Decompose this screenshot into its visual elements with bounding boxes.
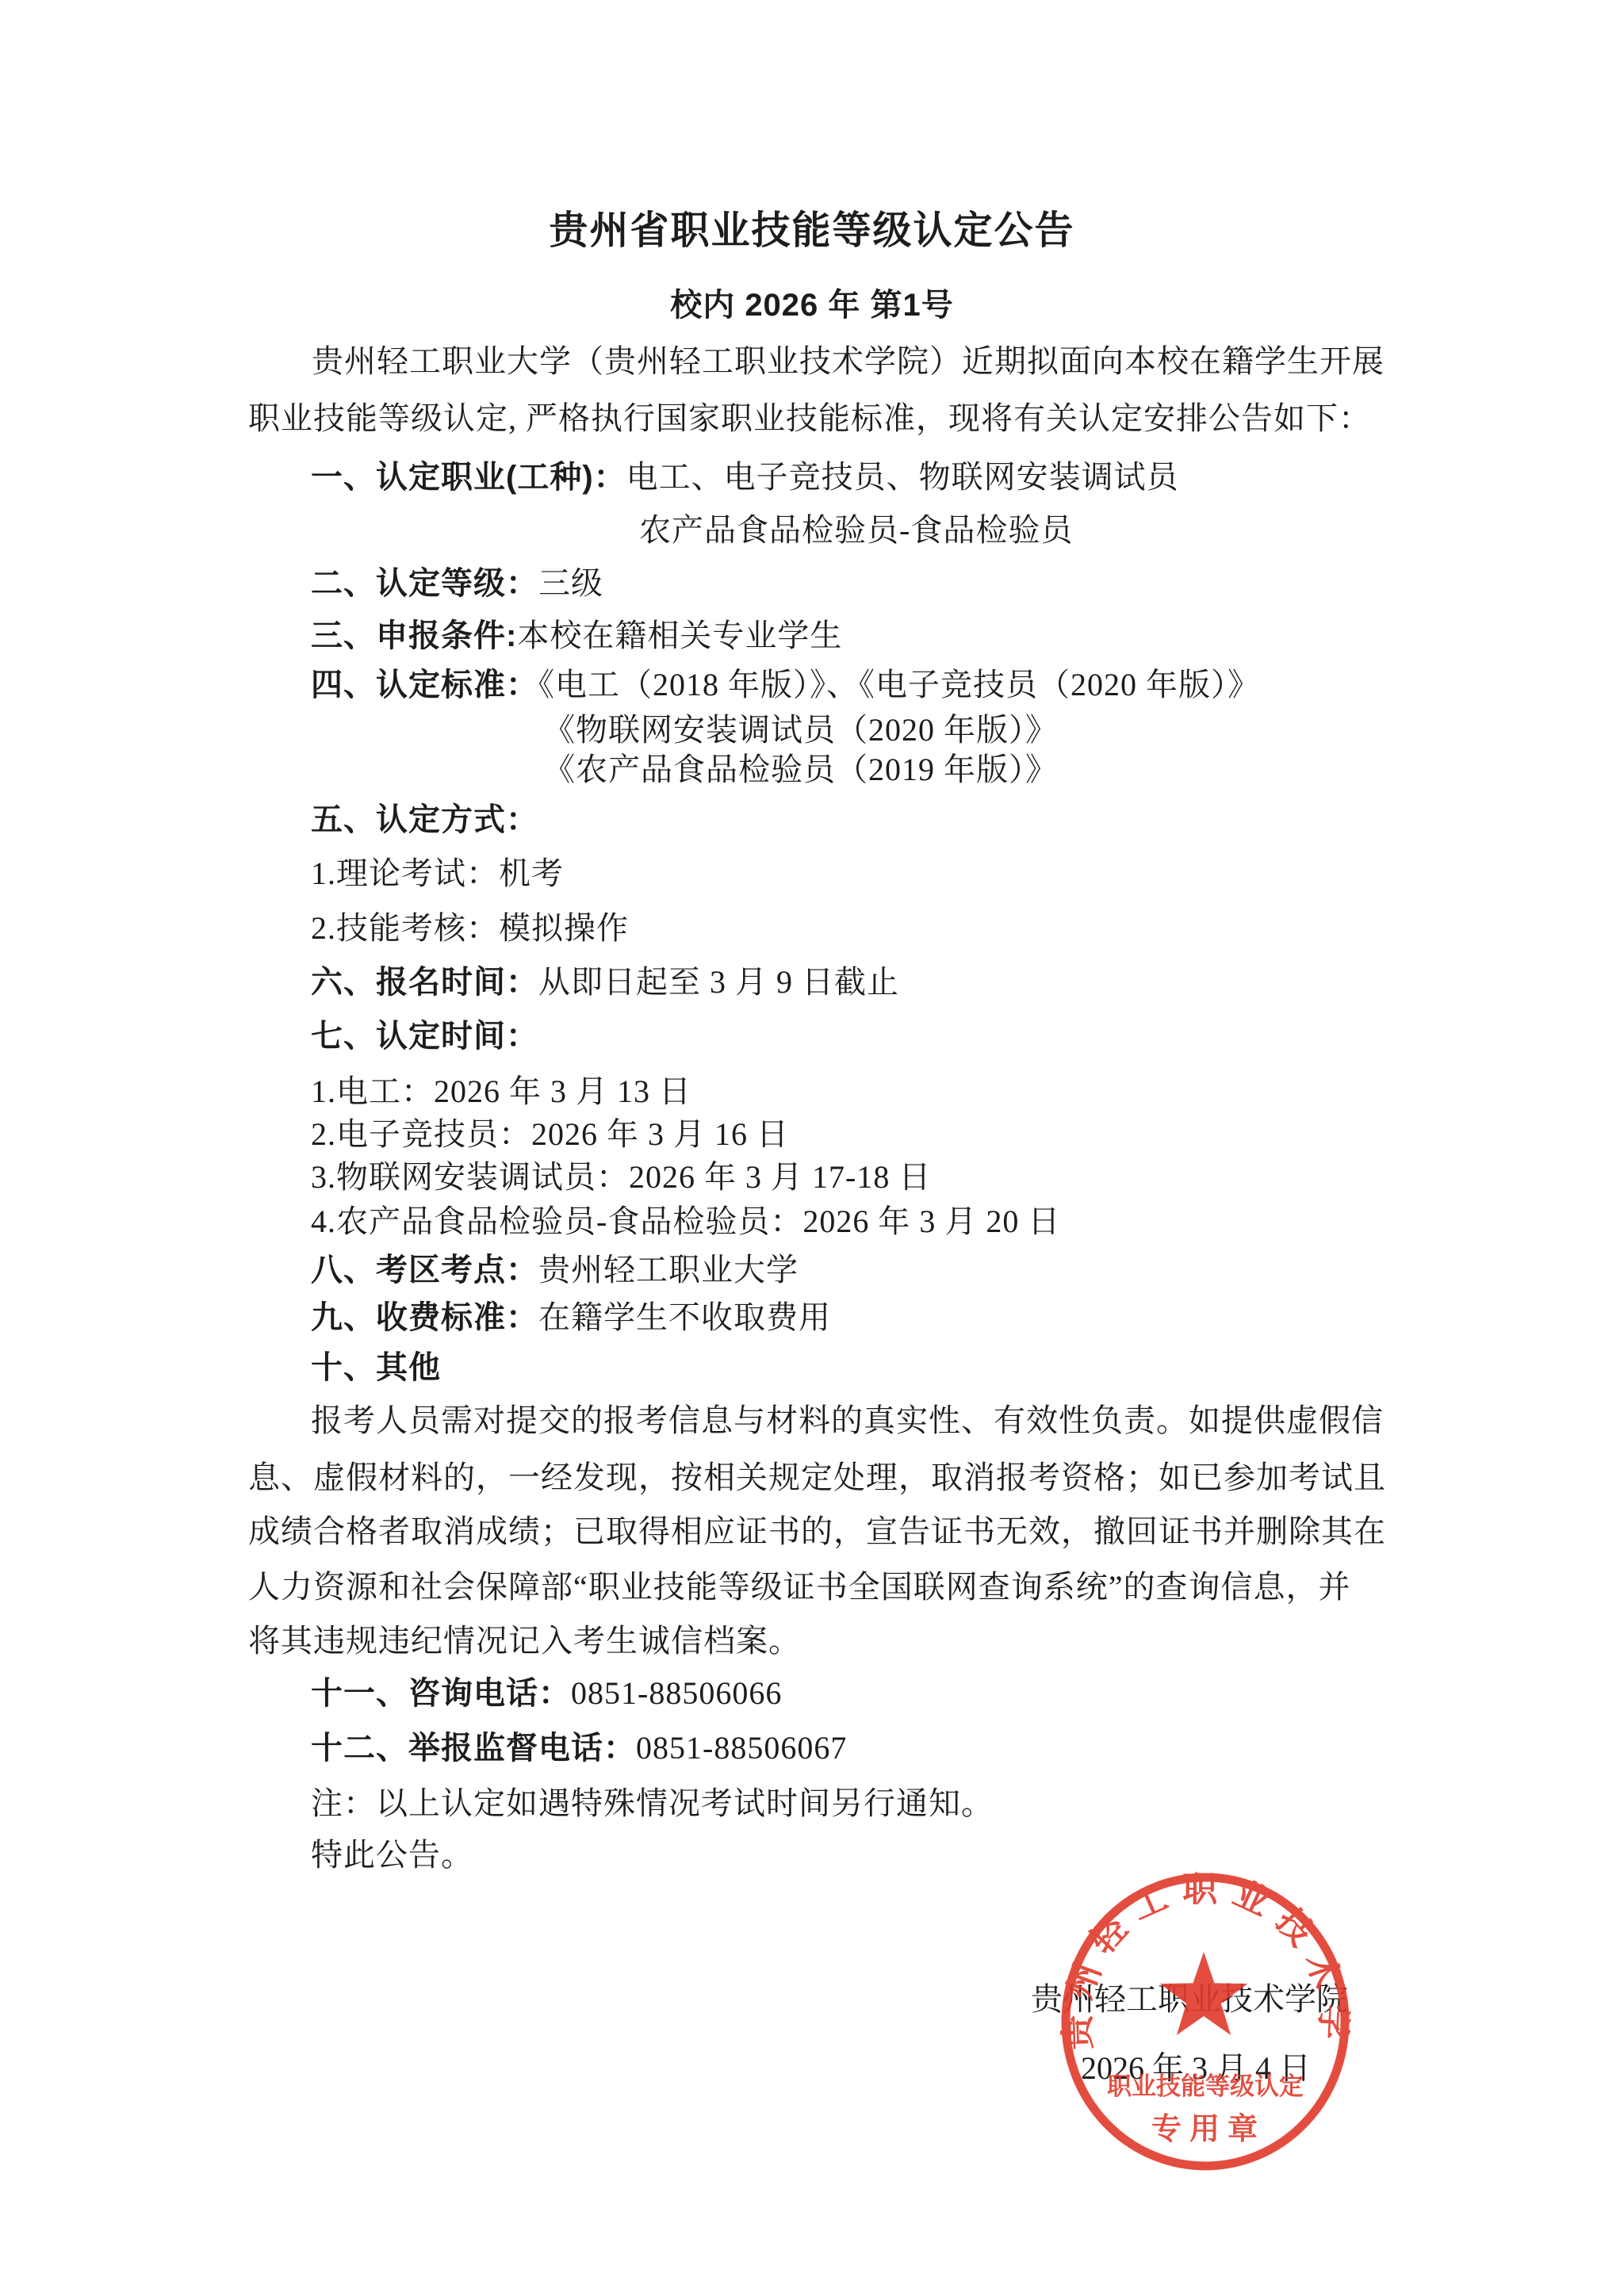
announcement-page: 贵州省职业技能等级认定公告 校内 2026 年 第1号 贵州轻工职业大学（贵州轻…: [0, 0, 1624, 2296]
section-conditions: 三、申报条件:本校在籍相关专业学生: [311, 617, 842, 655]
star-icon: [1160, 1952, 1247, 2035]
section-schedule: 七、认定时间：: [311, 1017, 538, 1055]
section-label: 十、其他: [311, 1350, 441, 1385]
section-label: 九、收费标准：: [311, 1300, 538, 1335]
section-label: 二、认定等级：: [311, 566, 538, 601]
section-content: 从即日起至 3 月 9 日截止: [538, 964, 899, 1000]
section-venue: 八、考区考点：贵州轻工职业大学: [311, 1251, 799, 1289]
section-occupation-extra: 农产品食品检验员-食品检验员: [639, 511, 1073, 549]
section-label: 七、认定时间：: [311, 1019, 538, 1054]
section-report-phone: 十二、举报监督电话：0851-88506067: [311, 1729, 847, 1767]
phone-number: 0851-88506067: [636, 1730, 847, 1766]
section-label: 五、认定方式：: [311, 802, 538, 837]
section-content: 本校在籍相关专业学生: [517, 618, 842, 653]
section-content: 三级: [538, 565, 603, 601]
section-label: 八、考区考点：: [311, 1253, 538, 1288]
issue-number: 校内 2026 年 第1号: [0, 285, 1624, 325]
other-paragraph-line: 人力资源和社会保障部“职业技能等级证书全国联网查询系统”的查询信息，并: [248, 1568, 1351, 1606]
section-other: 十、其他: [311, 1349, 441, 1387]
section-standards-extra: 《农产品食品检验员（2019 年版）》: [543, 751, 1058, 789]
section-content: 贵州轻工职业大学: [538, 1252, 799, 1288]
other-paragraph-line: 息、虚假材料的，一经发现，按相关规定处理，取消报考资格；如已参加考试且: [248, 1459, 1386, 1497]
schedule-item: 3.物联网安装调试员：2026 年 3 月 17-18 日: [311, 1158, 931, 1196]
section-content: 在籍学生不收取费用: [538, 1299, 831, 1335]
section-content: 电工、电子竞技员、物联网安装调试员: [626, 459, 1179, 495]
section-occupation: 一、认定职业(工种)：电工、电子竞技员、物联网安装调试员: [311, 458, 1179, 496]
seal-line2: 专用章: [1151, 2112, 1266, 2146]
other-paragraph-line: 成绩合格者取消成绩；已取得相应证书的，宣告证书无效，撤回证书并删除其在: [248, 1513, 1386, 1551]
seal-line1: 职业技能等级认定: [1107, 2072, 1304, 2100]
section-standards: 四、认定标准：《电工（2018 年版）》、《电子竞技员（2020 年版）》: [311, 666, 1260, 704]
section-phone: 十一、咨询电话：0851-88506066: [311, 1674, 782, 1712]
other-paragraph-line: 将其违规违纪情况记入考生诚信档案。: [248, 1622, 801, 1660]
section-label: 一、认定职业(工种)：: [311, 460, 626, 495]
section-label: 三、申报条件:: [311, 618, 517, 653]
schedule-item: 1.电工：2026 年 3 月 13 日: [311, 1073, 691, 1111]
section-label: 六、报名时间：: [311, 965, 538, 1000]
method-item: 2.技能考核：模拟操作: [311, 909, 629, 947]
section-fees: 九、收费标准：在籍学生不收取费用: [311, 1299, 831, 1337]
other-paragraph-line: 报考人员需对提交的报考信息与材料的真实性、有效性负责。如提供虚假信: [311, 1402, 1384, 1440]
document-title: 贵州省职业技能等级认定公告: [0, 208, 1624, 254]
schedule-item: 4.农产品食品检验员-食品检验员：2026 年 3 月 20 日: [311, 1203, 1060, 1241]
section-label: 十一、咨询电话：: [311, 1676, 571, 1711]
intro-line: 贵州轻工职业大学（贵州轻工职业技术学院）近期拟面向本校在籍学生开展: [312, 342, 1385, 381]
section-label: 四、认定标准：: [311, 668, 538, 702]
phone-number: 0851-88506066: [571, 1675, 782, 1711]
section-standards-extra: 《物联网安装调试员（2020 年版）》: [543, 711, 1058, 749]
section-method: 五、认定方式：: [311, 801, 538, 839]
intro-line: 职业技能等级认定, 严格执行国家职业技能标准，现将有关认定安排公告如下：: [248, 400, 1371, 438]
section-registration-time: 六、报名时间：从即日起至 3 月 9 日截止: [311, 963, 899, 1001]
schedule-item: 2.电子竞技员：2026 年 3 月 16 日: [311, 1115, 789, 1154]
note-line: 注：以上认定如遇特殊情况考试时间另行通知。: [311, 1785, 994, 1823]
official-seal: 贵州轻工职业技术学院 职业技能等级认定 专用章: [1053, 1867, 1358, 2176]
closing-line: 特此公告。: [311, 1836, 473, 1874]
method-item: 1.理论考试：机考: [311, 855, 564, 893]
section-label: 十二、举报监督电话：: [311, 1731, 636, 1766]
section-level: 二、认定等级：三级: [311, 564, 603, 603]
section-content: 《电工（2018 年版）》、《电子竞技员（2020 年版）》: [538, 667, 1260, 702]
